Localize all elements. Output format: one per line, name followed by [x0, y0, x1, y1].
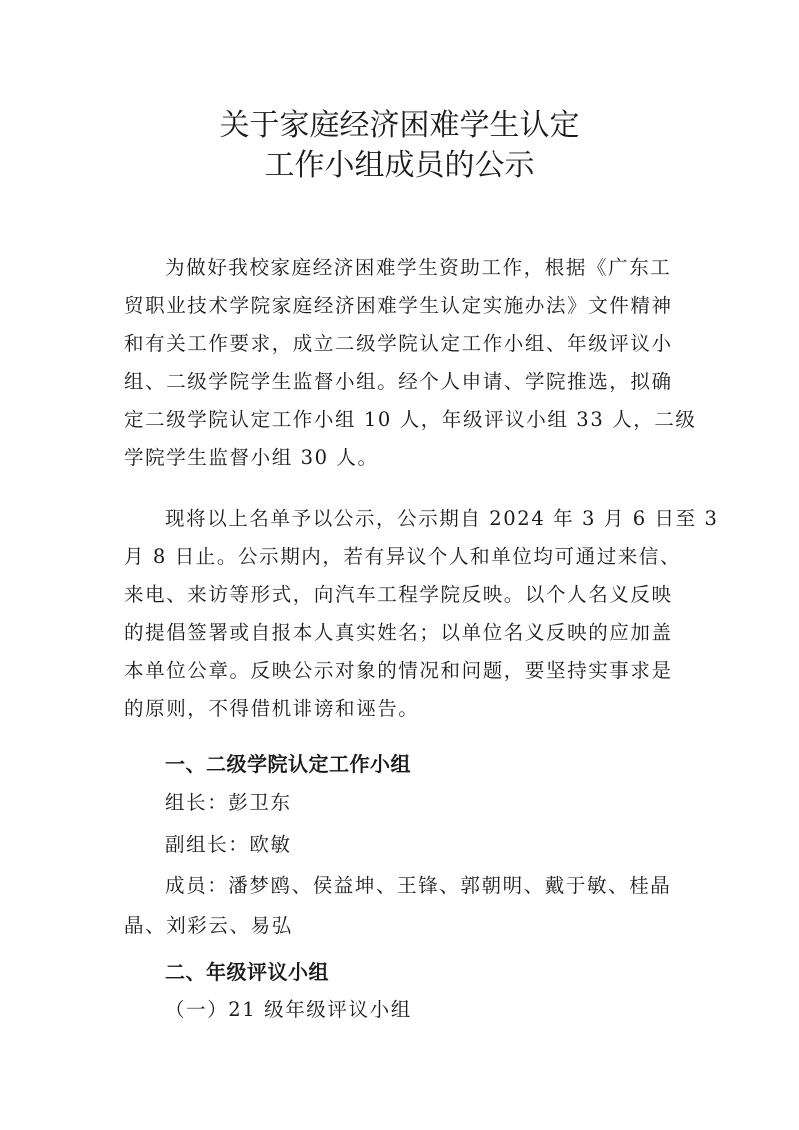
- paragraph-line: 的原则，不得借机诽谤和诬告。: [124, 693, 419, 721]
- section-heading: 二、年级评议小组: [165, 956, 329, 985]
- paragraph-line: 的提倡签署或自报本人真实姓名；以单位名义反映的应加盖: [124, 617, 673, 645]
- paragraph-line: 来电、来访等形式，向汽车工程学院反映。以个人名义反映: [124, 579, 673, 607]
- paragraph-line: 贸职业技术学院家庭经济困难学生认定实施办法》文件精神: [124, 290, 673, 318]
- paragraph-line: 学院学生监督小组 30 人。: [124, 442, 379, 470]
- members-line: 晶、刘彩云、易弘: [124, 910, 293, 938]
- paragraph-line: 本单位公章。反映公示对象的情况和问题，要坚持实事求是: [124, 655, 673, 683]
- section-heading: 一、二级学院认定工作小组: [165, 748, 411, 777]
- document-page: 关于家庭经济困难学生认定 工作小组成员的公示 为做好我校家庭经济困难学生资助工作…: [0, 0, 799, 1130]
- document-title-line-2: 工作小组成员的公示: [0, 140, 799, 184]
- paragraph-line: 为做好我校家庭经济困难学生资助工作，根据《广东工: [165, 252, 671, 280]
- deputy-group-leader: 副组长：欧敏: [165, 829, 292, 857]
- subsection-heading: （一）21 级年级评议小组: [165, 994, 412, 1022]
- group-leader: 组长：彭卫东: [165, 787, 292, 815]
- paragraph-line: 定二级学院认定工作小组 10 人，年级评议小组 33 人，二级: [124, 404, 697, 432]
- paragraph-line: 月 8 日止。公示期内，若有异议个人和单位均可通过来信、: [124, 541, 681, 569]
- paragraph-line: 现将以上名单予以公示，公示期自 2024 年 3 月 6 日至 3: [165, 503, 719, 531]
- document-title-line-1: 关于家庭经济困难学生认定: [0, 100, 799, 144]
- paragraph-line: 和有关工作要求，成立二级学院认定工作小组、年级评议小: [124, 328, 673, 356]
- paragraph-line: 组、二级学院学生监督小组。经个人申请、学院推选，拟确: [124, 366, 673, 394]
- members-line: 成员：潘梦鸥、侯益坤、王锋、郭朝明、戴于敏、桂晶: [165, 870, 671, 898]
